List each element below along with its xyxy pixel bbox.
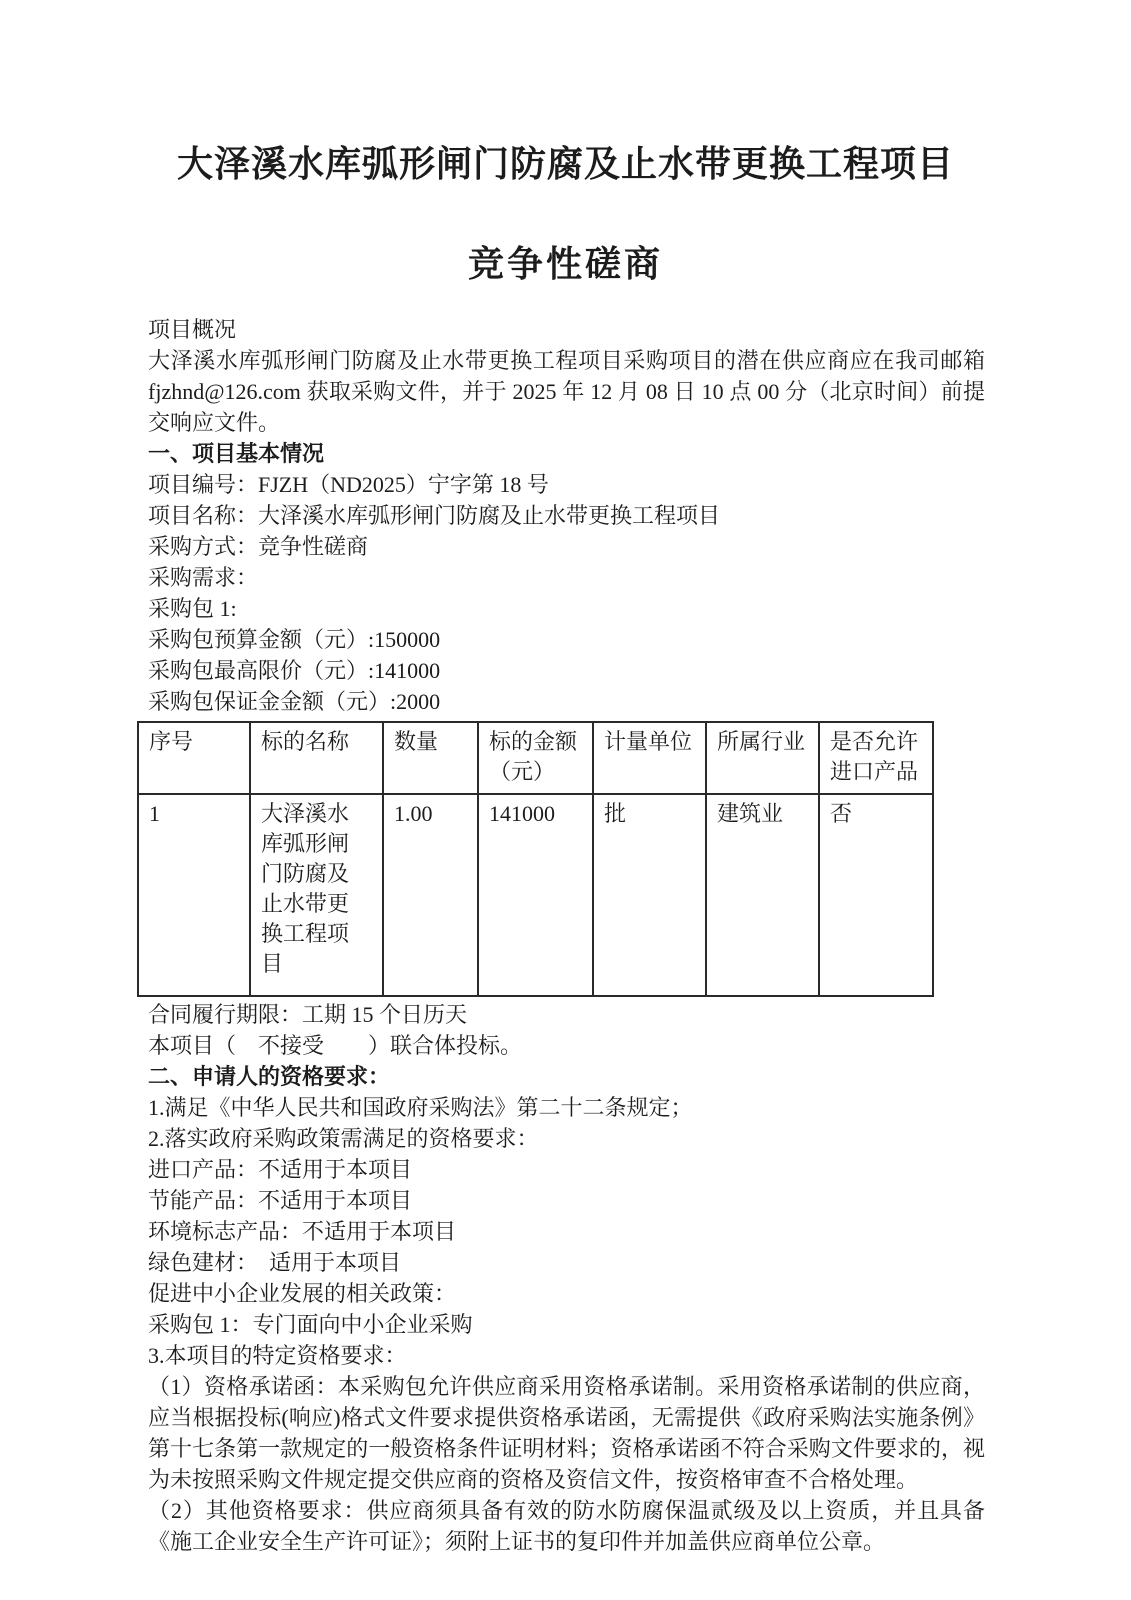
table-header-row: 序号 标的名称 数量 标的金额（元） 计量单位 所属行业 是否允许进口产品 <box>138 722 933 794</box>
project-name-line: 项目名称：大泽溪水库弧形闸门防腐及止水带更换工程项目 <box>148 500 985 531</box>
qualification-specific-line: 3.本项目的特定资格要求： <box>148 1340 985 1371</box>
overview-heading: 项目概况 <box>148 314 985 345</box>
header-seq: 序号 <box>138 722 250 794</box>
section-basic-info-heading: 一、项目基本情况 <box>148 438 985 469</box>
qualification-line-1: 1.满足《中华人民共和国政府采购法》第二十二条规定； <box>148 1092 985 1123</box>
section-qualifications-heading: 二、申请人的资格要求： <box>148 1061 985 1092</box>
cell-name: 大泽溪水库弧形闸门防腐及止水带更换工程项目 <box>250 794 383 996</box>
package-max-price-line: 采购包最高限价（元）:141000 <box>148 655 985 686</box>
package-deposit-line: 采购包保证金金额（元）:2000 <box>148 686 985 717</box>
qualification-other-paragraph: （2）其他资格要求：供应商须具备有效的防水防腐保温贰级及以上资质，并且具备《施工… <box>148 1495 985 1557</box>
qualification-sme-policy-line: 促进中小企业发展的相关政策： <box>148 1278 985 1309</box>
header-amount: 标的金额（元） <box>478 722 593 794</box>
cell-unit: 批 <box>593 794 706 996</box>
contract-period-line: 合同履行期限：工期 15 个日历天 <box>148 999 985 1030</box>
header-name: 标的名称 <box>250 722 383 794</box>
table-row: 1 大泽溪水库弧形闸门防腐及止水带更换工程项目 1.00 141000 批 建筑… <box>138 794 933 996</box>
header-import-allowed: 是否允许进口产品 <box>819 722 933 794</box>
project-number-line: 项目编号：FJZH（ND2025）宁字第 18 号 <box>148 469 985 500</box>
qualification-energy-line: 节能产品：不适用于本项目 <box>148 1185 985 1216</box>
document-title: 大泽溪水库弧形闸门防腐及止水带更换工程项目 <box>0 0 1131 188</box>
qualification-sme-package-line: 采购包 1：专门面向中小企业采购 <box>148 1309 985 1340</box>
qualification-env-line: 环境标志产品：不适用于本项目 <box>148 1216 985 1247</box>
qualification-green-line: 绿色建材： 适用于本项目 <box>148 1247 985 1278</box>
procurement-demand-line: 采购需求： <box>148 562 985 593</box>
cell-name-text: 大泽溪水库弧形闸门防腐及止水带更换工程项目 <box>261 799 353 979</box>
package-line: 采购包 1: <box>148 593 985 624</box>
cell-industry: 建筑业 <box>706 794 819 996</box>
overview-paragraph: 大泽溪水库弧形闸门防腐及止水带更换工程项目采购项目的潜在供应商应在我司邮箱 fj… <box>148 345 985 438</box>
header-industry: 所属行业 <box>706 722 819 794</box>
cell-quantity: 1.00 <box>383 794 478 996</box>
qualification-import-line: 进口产品：不适用于本项目 <box>148 1154 985 1185</box>
consortium-line: 本项目（ 不接受 ）联合体投标。 <box>148 1030 985 1061</box>
document-body: 项目概况 大泽溪水库弧形闸门防腐及止水带更换工程项目采购项目的潜在供应商应在我司… <box>148 314 985 1557</box>
package-budget-line: 采购包预算金额（元）:150000 <box>148 624 985 655</box>
procurement-method-line: 采购方式：竞争性磋商 <box>148 531 985 562</box>
document-subtitle: 竞争性磋商 <box>0 240 1131 288</box>
document-page: 大泽溪水库弧形闸门防腐及止水带更换工程项目 竞争性磋商 项目概况 大泽溪水库弧形… <box>0 0 1131 1600</box>
header-unit: 计量单位 <box>593 722 706 794</box>
procurement-items-table: 序号 标的名称 数量 标的金额（元） 计量单位 所属行业 是否允许进口产品 1 … <box>137 721 934 997</box>
cell-seq: 1 <box>138 794 250 996</box>
qualification-commitment-paragraph: （1）资格承诺函：本采购包允许供应商采用资格承诺制。采用资格承诺制的供应商，应当… <box>148 1371 985 1495</box>
cell-import-allowed: 否 <box>819 794 933 996</box>
cell-amount: 141000 <box>478 794 593 996</box>
header-quantity: 数量 <box>383 722 478 794</box>
qualification-line-2: 2.落实政府采购政策需满足的资格要求： <box>148 1123 985 1154</box>
